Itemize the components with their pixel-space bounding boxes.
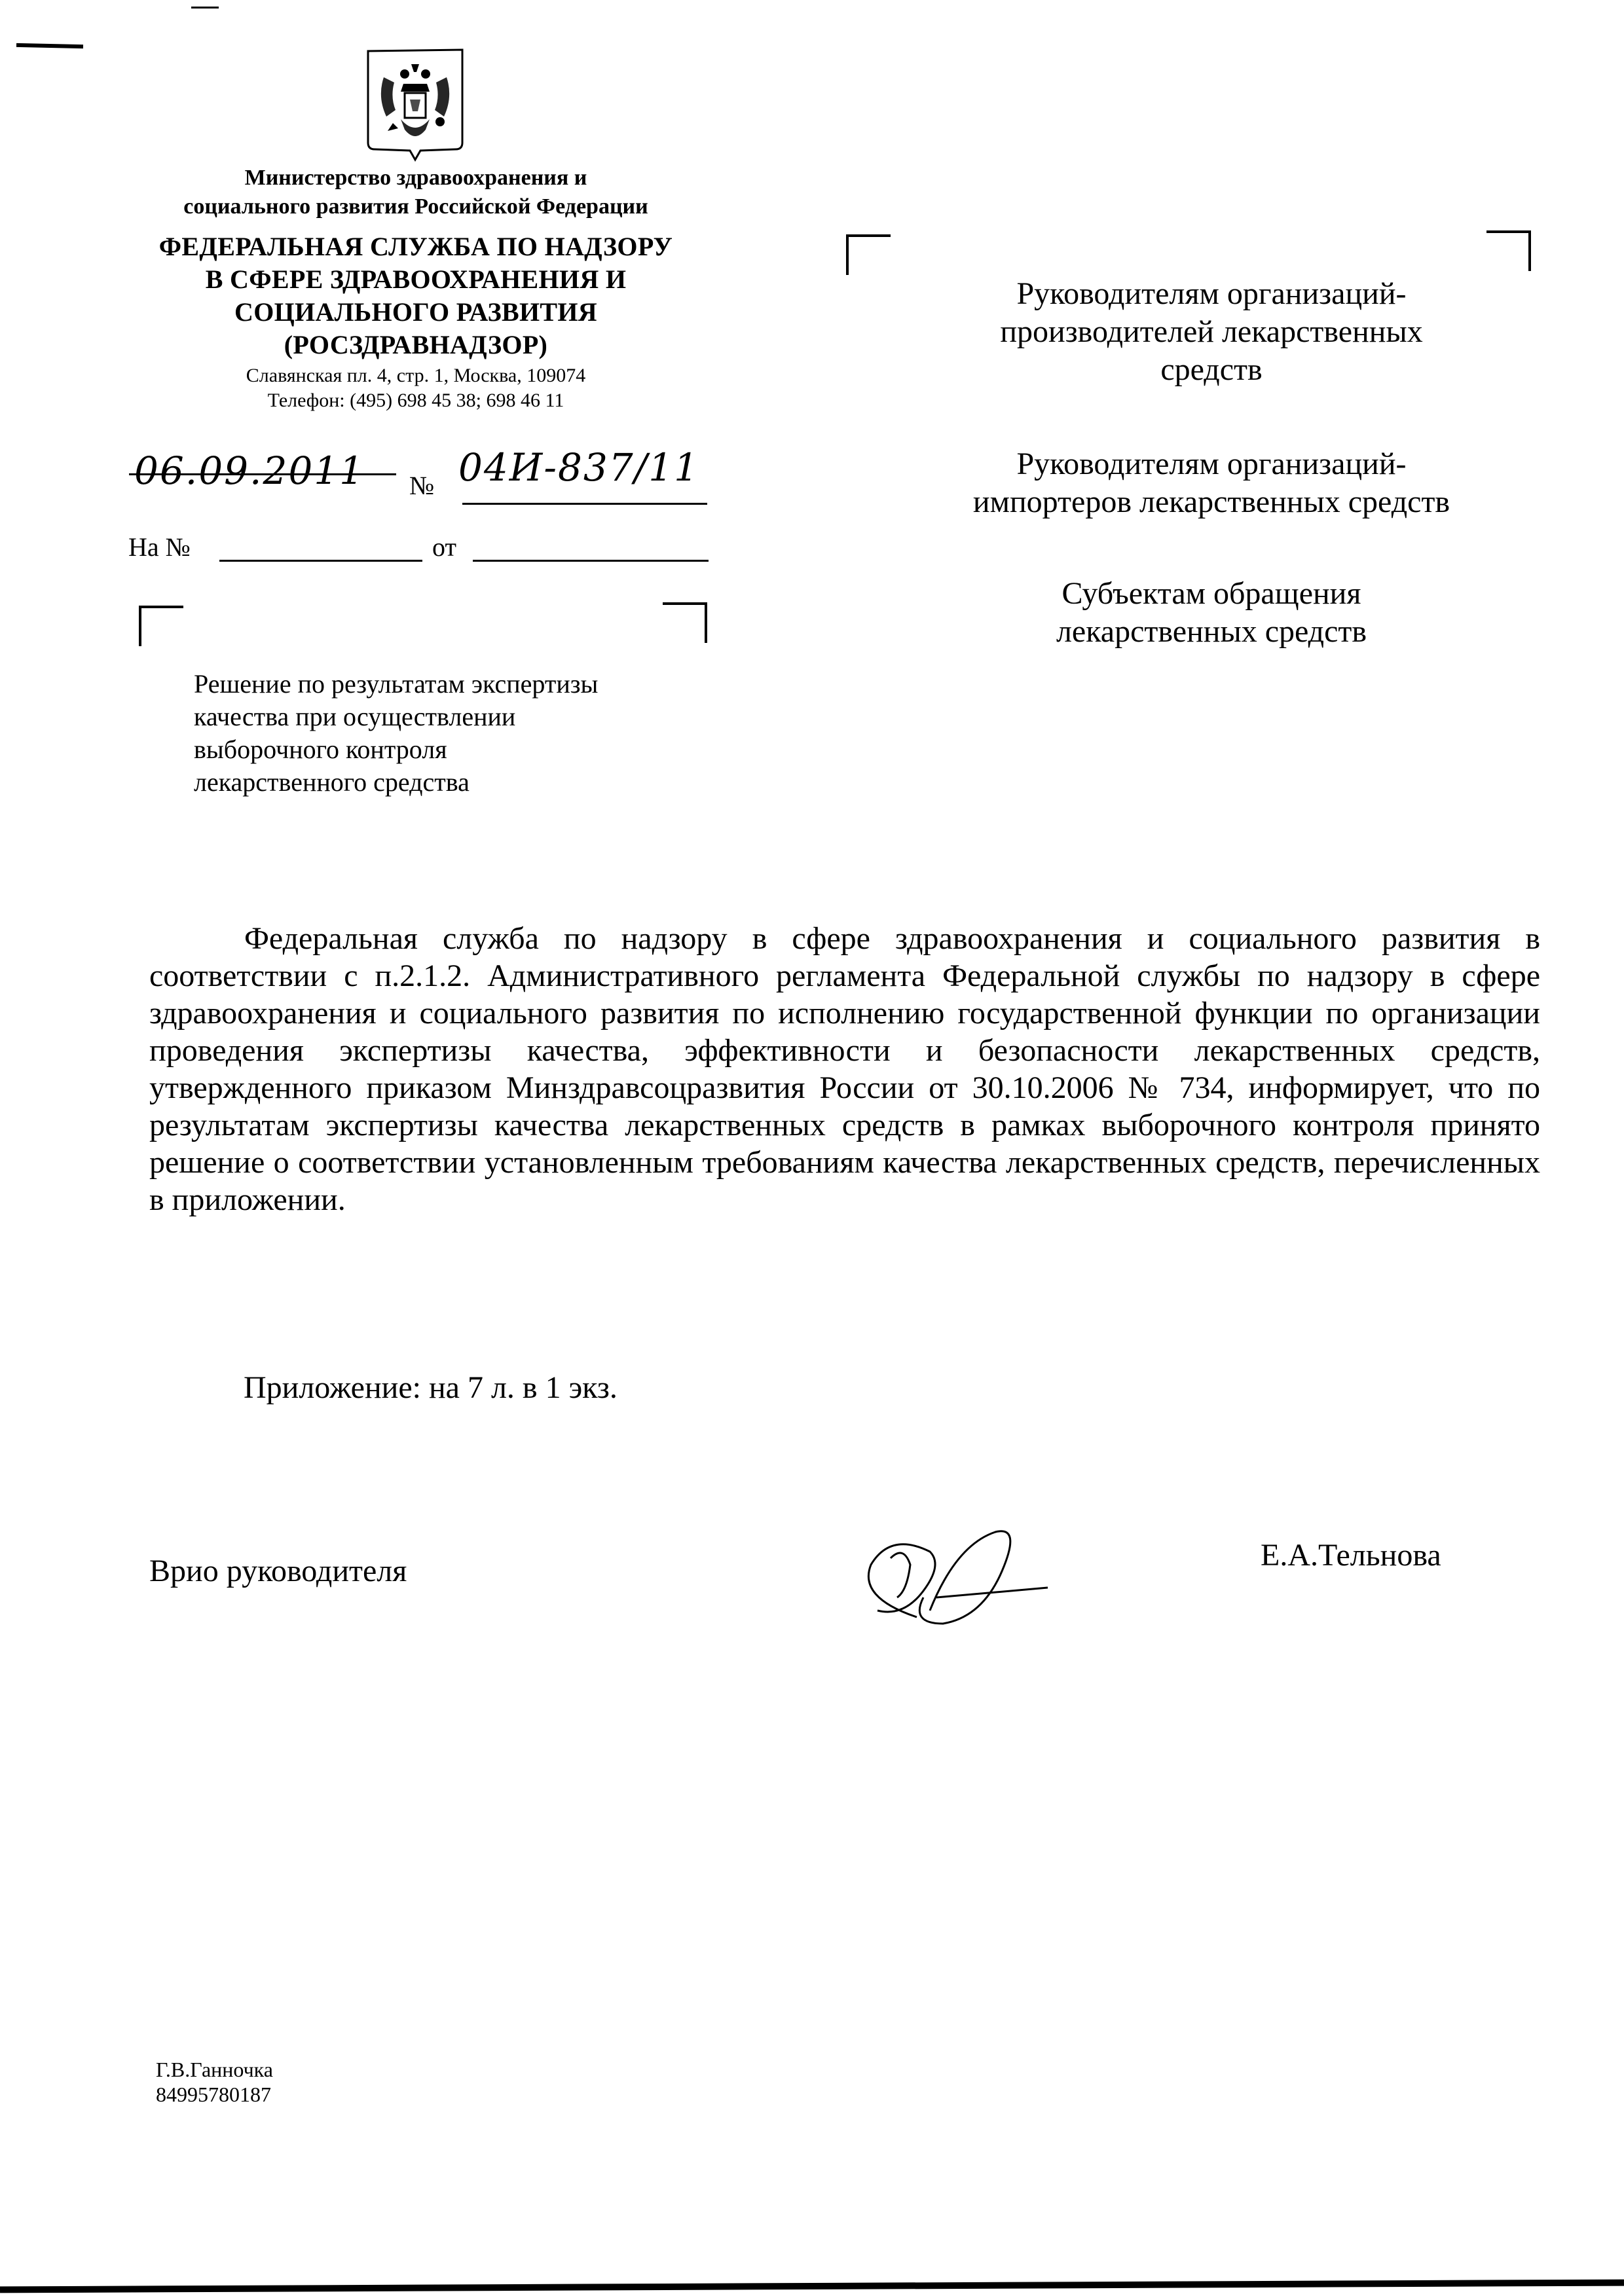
addressee-line: Руководителям организаций- [910,275,1513,313]
reply-to-field [219,560,422,562]
subject-line: выборочного контроля [194,733,598,766]
reply-from-field [473,560,709,562]
addressee-line: производителей лекарственных [910,313,1513,351]
number-underline [462,503,707,505]
subject-bracket-left [139,606,183,646]
subject-line: качества при осуществлении [194,701,598,733]
body-paragraph: Федеральная служба по надзору в сфере зд… [149,920,1540,1218]
reply-from-label: от [432,532,456,562]
subject-line: лекарственного средства [194,766,598,799]
reply-to-label: На № [128,532,191,562]
scan-artifact-bottom-edge [0,2280,1624,2293]
ministry-line: социального развития Российской Федераци… [121,192,710,221]
registration-date: 06.09.2011 [134,448,365,493]
number-sign: № [409,470,434,501]
addressee-bracket-right [1486,230,1531,271]
executor-info: Г.В.Ганночка 84995780187 [156,2057,273,2107]
appendix-note: Приложение: на 7 л. в 1 экз. [244,1370,618,1406]
subject-line: Решение по результатам экспертизы [194,668,598,701]
subject: Решение по результатам экспертизы качест… [194,668,598,799]
addressee-circulation-subjects: Субъектам обращения лекарственных средст… [910,575,1513,651]
scan-artifact-top-left [16,43,83,48]
addressee-line: импортеров лекарственных средств [910,483,1513,521]
signatory-name: Е.А.Тельнова [1261,1537,1441,1573]
addressee-bracket-left [846,234,891,275]
subject-bracket-right [663,602,707,643]
addressee-importers: Руководителям организаций- импортеров ле… [910,445,1513,521]
phone: Телефон: (495) 698 45 38; 698 46 11 [121,388,710,413]
service-name: ФЕДЕРАЛЬНАЯ СЛУЖБА ПО НАДЗОРУ В СФЕРЕ ЗД… [121,230,710,361]
letterhead-contacts: Славянская пл. 4, стр. 1, Москва, 109074… [121,363,710,413]
service-line: В СФЕРЕ ЗДРАВООХРАНЕНИЯ И [121,263,710,296]
addressee-line: лекарственных средств [910,613,1513,651]
service-line: ФЕДЕРАЛЬНАЯ СЛУЖБА ПО НАДЗОРУ [121,230,710,263]
ministry-line: Министерство здравоохранения и [121,164,710,192]
scan-artifact-top [191,7,219,9]
handwritten-signature-icon [832,1519,1067,1630]
addressee-line: Субъектам обращения [910,575,1513,613]
registration-number: 04И-837/11 [458,445,699,490]
executor-name: Г.В.Ганночка [156,2057,273,2082]
date-underline [129,473,396,475]
service-line: СОЦИАЛЬНОГО РАЗВИТИЯ [121,296,710,329]
addressee-line: средств [910,351,1513,389]
signatory-title: Врио руководителя [149,1553,407,1589]
address: Славянская пл. 4, стр. 1, Москва, 109074 [121,363,710,388]
executor-phone: 84995780187 [156,2082,273,2107]
addressee-line: Руководителям организаций- [910,445,1513,483]
russian-coat-of-arms-icon [364,45,466,162]
service-line: (РОСЗДРАВНАДЗОР) [121,329,710,361]
ministry-name: Министерство здравоохранения и социально… [121,164,710,221]
addressee-manufacturers: Руководителям организаций- производителе… [910,275,1513,389]
